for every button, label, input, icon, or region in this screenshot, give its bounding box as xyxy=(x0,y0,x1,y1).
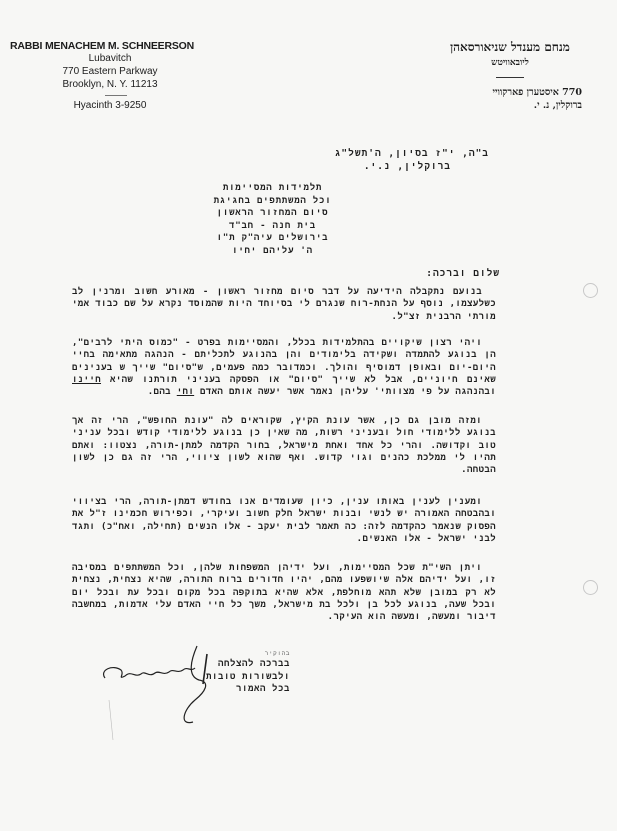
paragraph-4: ומענין לענין באותו ענין, כיון שעומדים אנ… xyxy=(72,496,496,545)
paragraph-5: ויתן השי"ת שכל המסיימות, ועל ידיהן המשפח… xyxy=(72,562,496,623)
addressee-line: סיום המחזור הראשון xyxy=(205,207,340,220)
underlined-word: וחי xyxy=(177,387,194,397)
letterhead-hebrew-org: ליובאוויטש xyxy=(420,57,600,68)
punch-hole-top xyxy=(583,283,598,298)
place-line: ברוקלין, נ.י. xyxy=(335,160,489,173)
greeting: שלום וברכה: xyxy=(426,268,500,279)
letterhead-hebrew: מנחם מענדל שניאורסאהן ליובאוויטש 770 איס… xyxy=(420,40,600,112)
signature-icon xyxy=(95,640,235,740)
letterhead-city: Brooklyn, N. Y. 11213 xyxy=(10,78,210,91)
letter-page: RABBI MENACHEM M. SCHNEERSON Lubavitch 7… xyxy=(0,0,617,831)
text-span: ויהי רצון שיקויים בהתלמידות בכלל, והמסיי… xyxy=(72,338,496,385)
paragraph-2: ויהי רצון שיקויים בהתלמידות בכלל, והמסיי… xyxy=(72,337,496,398)
letterhead-hebrew-name: מנחם מענדל שניאורסאהן xyxy=(420,40,600,55)
addressee-line: בירושלים עיה"ק ת"ו xyxy=(205,232,340,245)
paragraph-text: בנועם נתקבלה הידיעה על דבר סיום מחזור רא… xyxy=(72,286,496,323)
addressee-line: וכל המשתתפים בחגיגת xyxy=(205,195,340,208)
letterhead-org: Lubavitch xyxy=(10,52,210,65)
addressee-line: בית חנה - חב"ד xyxy=(205,220,340,233)
letterhead-hebrew-street: 770 איסטערן פארקוויי xyxy=(420,86,600,99)
letterhead-street: 770 Eastern Parkway xyxy=(10,65,210,78)
letterhead-name: RABBI MENACHEM M. SCHNEERSON xyxy=(10,40,210,52)
addressee-line: ה' עליהם יחיו xyxy=(205,245,340,258)
letterhead-hebrew-divider xyxy=(496,77,524,78)
text-span: בהם. xyxy=(148,387,177,397)
paragraph-text: ויתן השי"ת שכל המסיימות, ועל ידיהן המשפח… xyxy=(72,562,496,623)
letter-date: ב"ה, י"ז בסיון, ה'תשל"ג ברוקלין, נ.י. xyxy=(335,147,489,173)
paragraph-text: ומענין לענין באותו ענין, כיון שעומדים אנ… xyxy=(72,496,496,545)
underlined-word: חיינו xyxy=(72,375,101,385)
letterhead-phone: Hyacinth 3-9250 xyxy=(10,99,210,112)
paragraph-text: ויהי רצון שיקויים בהתלמידות בכלל, והמסיי… xyxy=(72,337,496,398)
letterhead-divider xyxy=(105,95,127,96)
paragraph-text: ומזה מובן גם כן, אשר עונת הקיץ, שקוראים … xyxy=(72,415,496,476)
punch-hole-bottom xyxy=(583,580,598,595)
paragraph-1: בנועם נתקבלה הידיעה על דבר סיום מחזור רא… xyxy=(72,286,496,323)
addressee-block: תלמידות המסיימות וכל המשתתפים בחגיגת סיו… xyxy=(205,182,340,257)
letterhead-hebrew-city: ברוקלין, נ. י. xyxy=(420,99,600,112)
text-span: ובהנהגה על פי מצוותי' עליהן נאמר אשר יעש… xyxy=(194,387,496,397)
paragraph-3: ומזה מובן גם כן, אשר עונת הקיץ, שקוראים … xyxy=(72,415,496,476)
letterhead-english: RABBI MENACHEM M. SCHNEERSON Lubavitch 7… xyxy=(10,40,210,112)
addressee-line: תלמידות המסיימות xyxy=(205,182,340,195)
date-line: ב"ה, י"ז בסיון, ה'תשל"ג xyxy=(335,147,489,160)
